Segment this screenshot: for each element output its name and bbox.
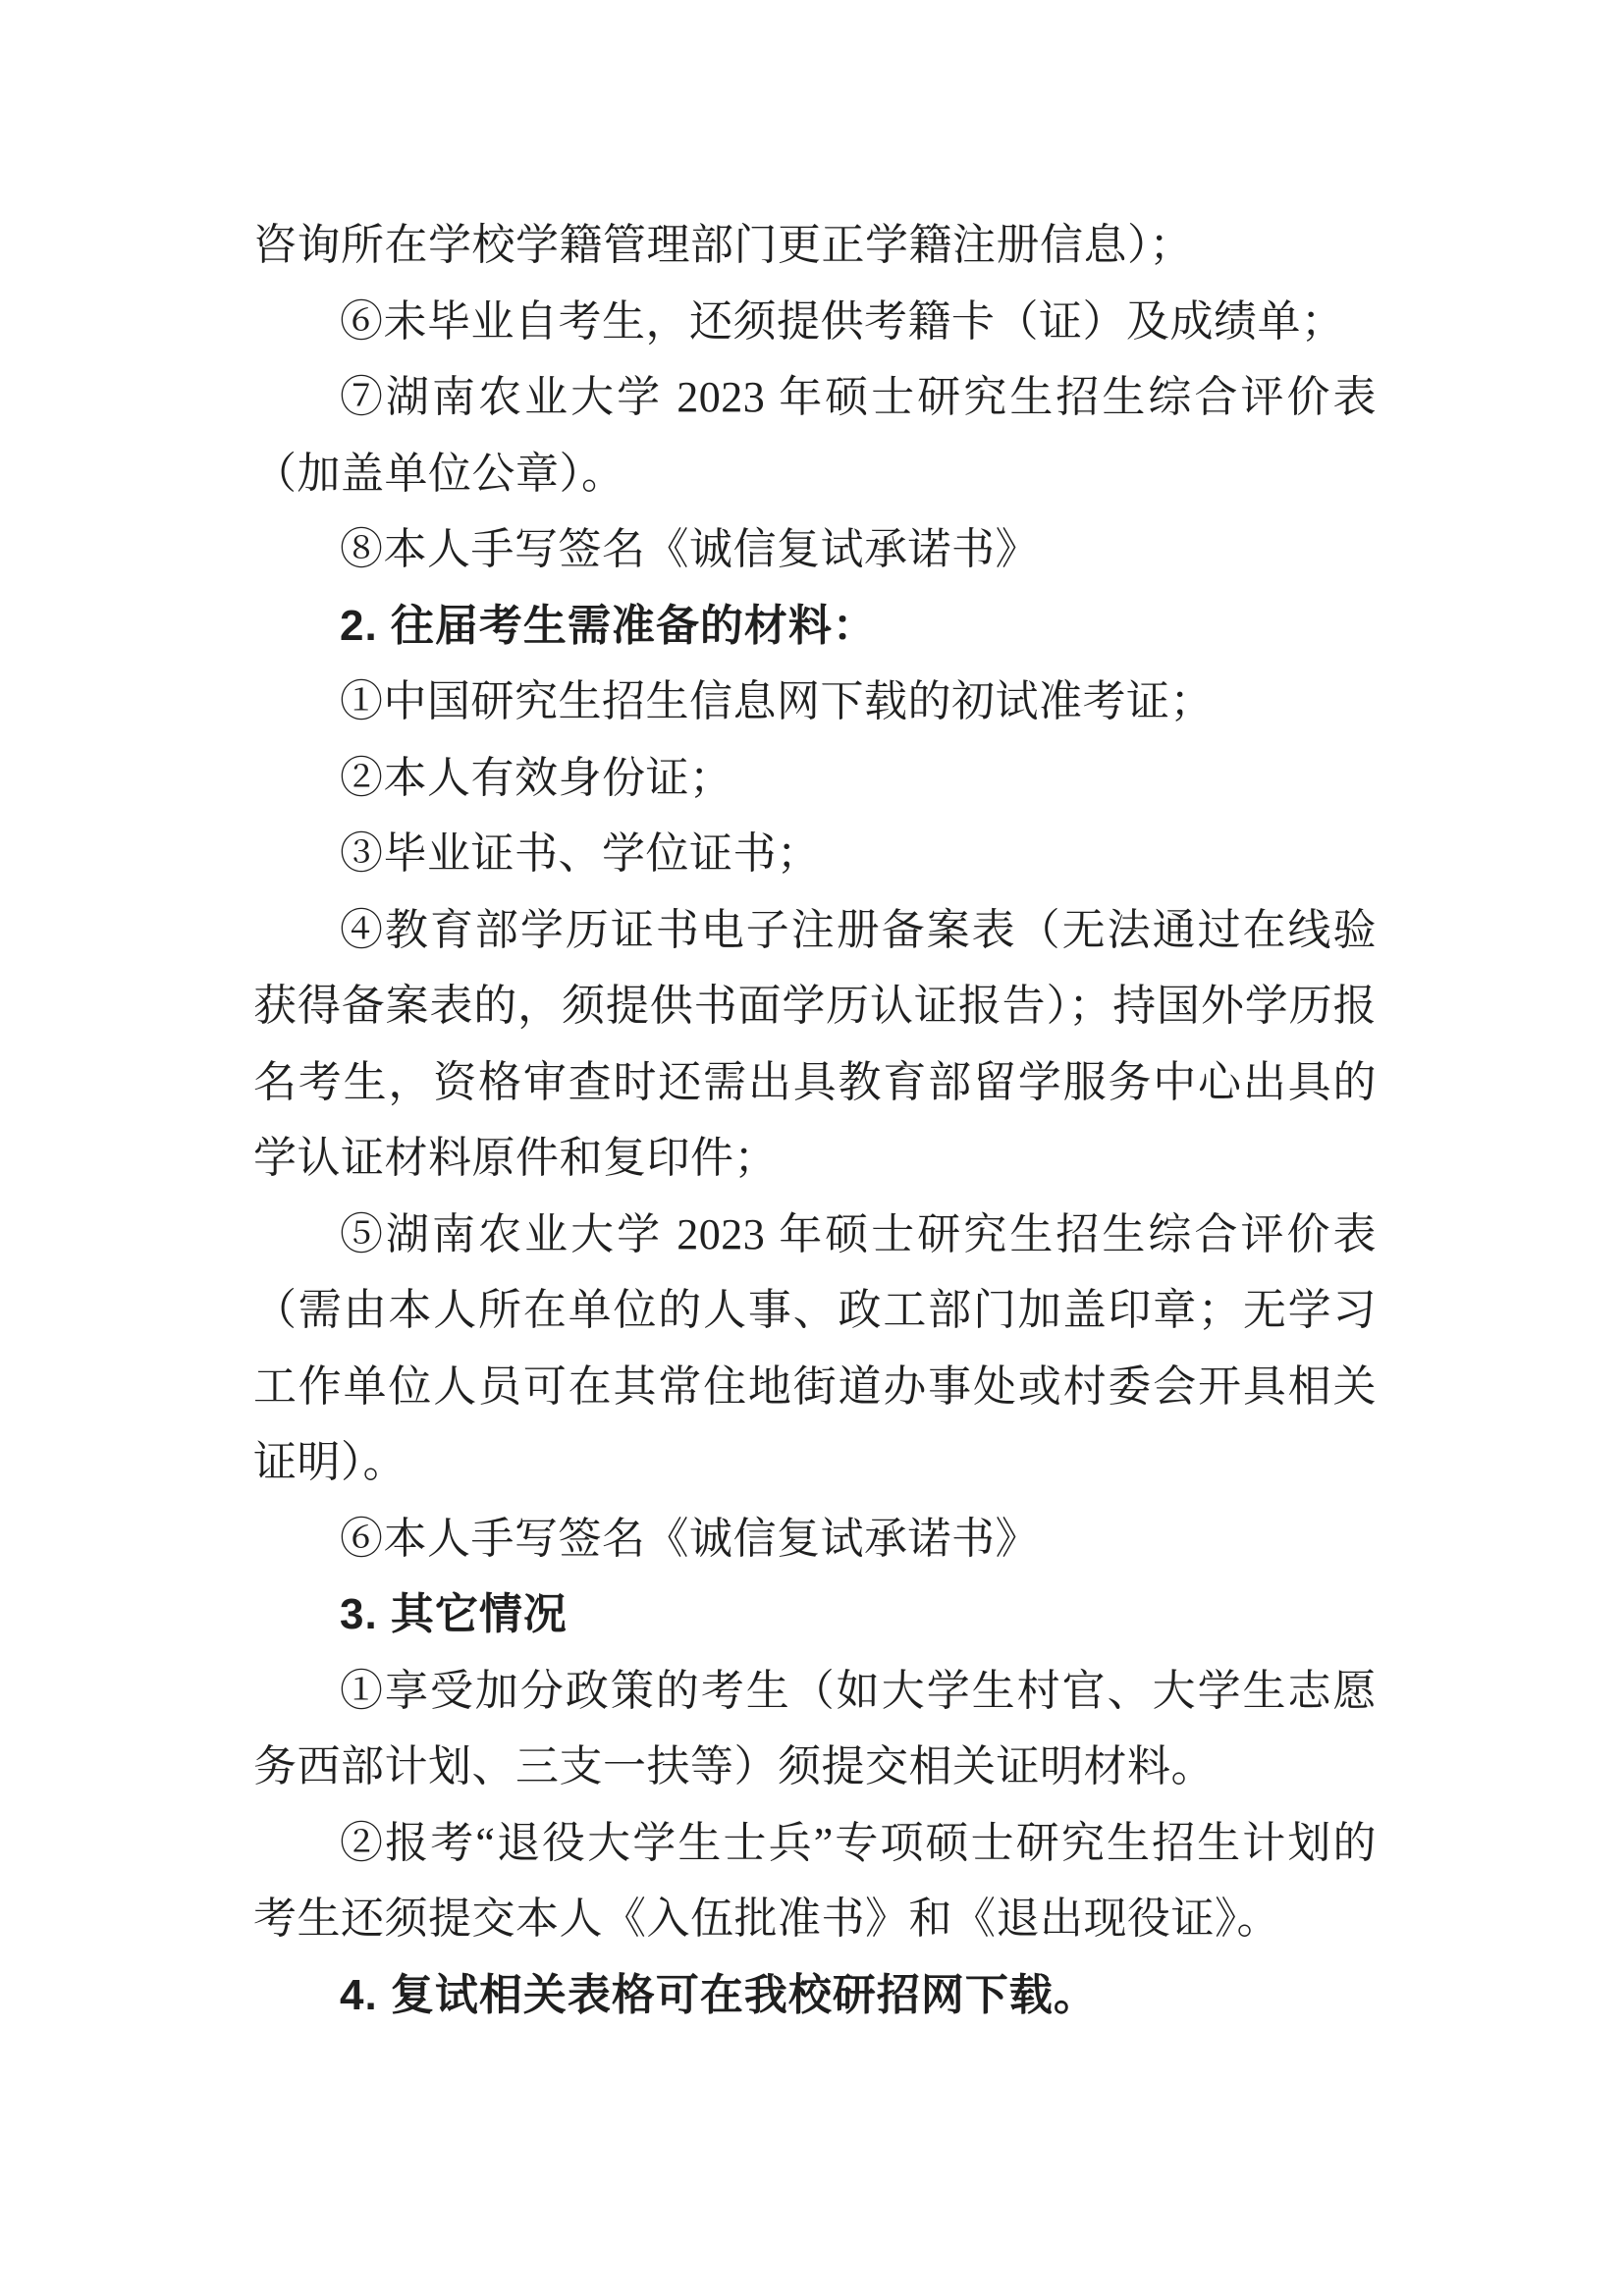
text-line-11: 获得备案表的，须提供书面学历认证报告）；持国外学历报 [253,968,1377,1044]
document-text-block: 咨询所在学校学籍管理部门更正学籍注册信息）；⑥未毕业自考生，还须提供考籍卡（证）… [253,207,1377,2033]
text-line-4: （加盖单位公章）。 [253,436,1377,512]
text-line-12: 名考生，资格审查时还需出具教育部留学服务中心出具的留 [253,1044,1377,1121]
text-line-13: 学认证材料原件和复印件； [253,1120,1377,1197]
text-line-16: 工作单位人员可在其常住地街道办事处或村委会开具相关 [253,1349,1377,1425]
text-line-21: 务西部计划、三支一扶等）须提交相关证明材料。 [253,1729,1377,1805]
text-line-19: 3. 其它情况 [253,1576,1377,1653]
text-line-17: 证明）。 [253,1424,1377,1501]
text-line-23: 考生还须提交本人《入伍批准书》和《退出现役证》。 [253,1881,1377,1957]
text-line-14: ⑤湖南农业大学 2023 年硕士研究生招生综合评价表 [253,1197,1377,1273]
text-line-1: 咨询所在学校学籍管理部门更正学籍注册信息）； [253,207,1377,284]
text-line-15: （需由本人所在单位的人事、政工部门加盖印章；无学习或 [253,1272,1377,1349]
text-line-7: ①中国研究生招生信息网下载的初试准考证； [253,664,1377,740]
text-line-3: ⑦湖南农业大学 2023 年硕士研究生招生综合评价表 [253,359,1377,436]
text-line-18: ⑥本人手写签名《诚信复试承诺书》 [253,1501,1377,1577]
text-line-9: ③毕业证书、学位证书； [253,816,1377,892]
text-line-10: ④教育部学历证书电子注册备案表（无法通过在线验证 [253,892,1377,969]
text-line-6: 2. 往届考生需准备的材料： [253,588,1377,665]
text-line-8: ②本人有效身份证； [253,740,1377,817]
text-line-24: 4. 复试相关表格可在我校研招网下载。 [253,1957,1377,2034]
text-line-2: ⑥未毕业自考生，还须提供考籍卡（证）及成绩单； [253,284,1377,360]
text-line-5: ⑧本人手写签名《诚信复试承诺书》 [253,511,1377,588]
text-line-22: ②报考“退役大学生士兵”专项硕士研究生招生计划的 [253,1805,1377,1882]
text-line-20: ①享受加分政策的考生（如大学生村官、大学生志愿服 [253,1653,1377,1730]
document-page: 咨询所在学校学籍管理部门更正学籍注册信息）；⑥未毕业自考生，还须提供考籍卡（证）… [0,0,1624,2296]
